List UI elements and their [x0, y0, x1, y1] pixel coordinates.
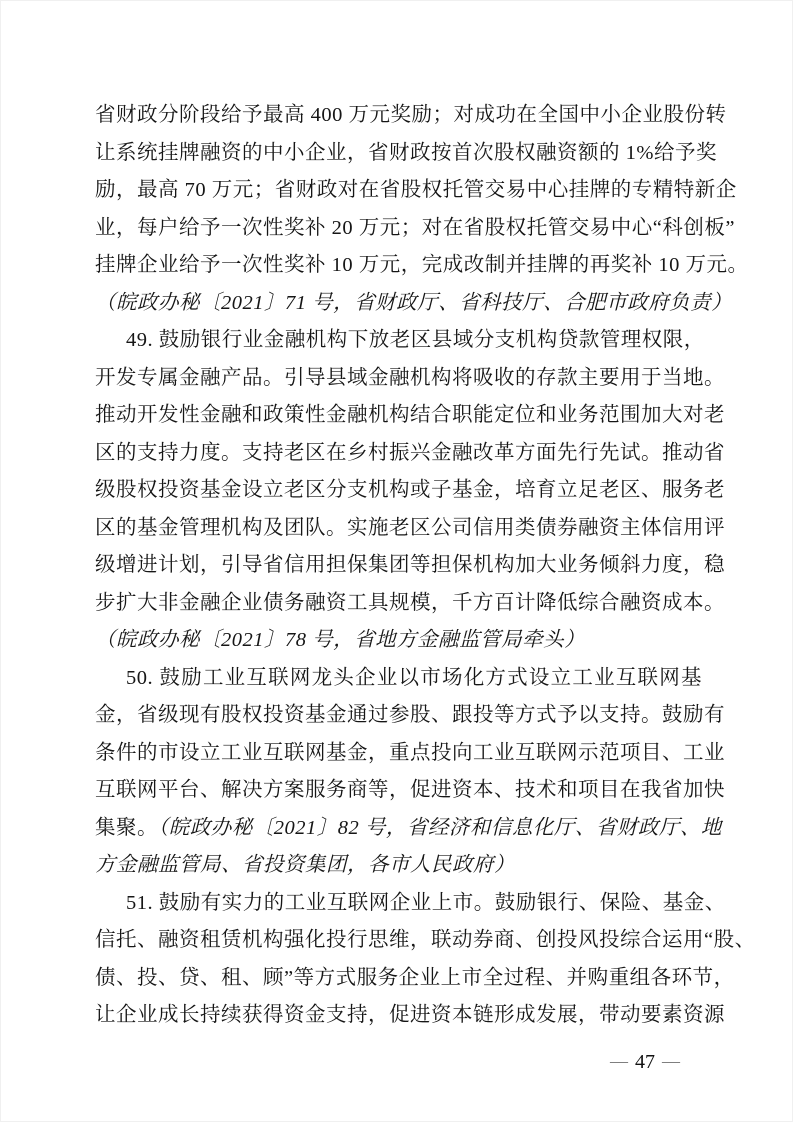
text-line: 金，省级现有股权投资基金通过参股、跟投等方式予以支持。鼓励有 — [95, 697, 702, 735]
body-text: 51. 鼓励有实力的工业互联网企业上市。鼓励银行、保险、基金、 — [126, 892, 726, 914]
body-text: 励，最高 70 万元；省财政对在省股权托管交易中心挂牌的专精特新企 — [95, 179, 737, 201]
body-text: 债、投、贷、租、顾”等方式服务企业上市全过程、并购重组各环节， — [95, 967, 735, 989]
text-line: 信托、融资租赁机构强化投行思维，联动券商、创投风投综合运用“股、 — [95, 922, 702, 960]
footer-dash-right: — — [662, 1051, 680, 1071]
text-line: 区的基金管理机构及团队。实施老区公司信用类债券融资主体信用评 — [95, 510, 702, 548]
body-text: 让企业成长持续获得资金支持，促进资本链形成发展，带动要素资源 — [95, 1004, 725, 1026]
text-line: 业，每户给予一次性奖补 20 万元；对在省股权托管交易中心“科创板” — [95, 210, 702, 248]
source-attribution-text: （皖政办秘〔2021〕71 号，省财政厅、省科技厅、合肥市政府负责） — [95, 292, 732, 314]
source-attribution-text: 方金融监管局、省投资集团，各市人民政府） — [95, 854, 515, 876]
text-line: 级增进计划，引导省信用担保集团等担保机构加大业务倾斜力度，稳 — [95, 547, 702, 585]
body-text: 49. 鼓励银行业金融机构下放老区县域分支机构贷款管理权限， — [126, 329, 705, 351]
body-text: 区的基金管理机构及团队。实施老区公司信用类债券融资主体信用评 — [95, 517, 725, 539]
body-text: 50. 鼓励工业互联网龙头企业以市场化方式设立工业互联网基 — [126, 667, 702, 689]
text-line: 区的支持力度。支持老区在乡村振兴金融改革方面先行先试。推动省 — [95, 435, 702, 473]
text-line: 集聚。（皖政办秘〔2021〕82 号，省经济和信息化厅、省财政厅、地 — [95, 810, 702, 848]
text-line: （皖政办秘〔2021〕71 号，省财政厅、省科技厅、合肥市政府负责） — [95, 285, 702, 323]
body-text: 省财政分阶段给予最高 400 万元奖励；对成功在全国中小企业股份转 — [95, 104, 727, 126]
footer-dash-left: — — [610, 1051, 628, 1071]
text-line: 让企业成长持续获得资金支持，促进资本链形成发展，带动要素资源 — [95, 997, 702, 1035]
text-line: 开发专属金融产品。引导县域金融机构将吸收的存款主要用于当地。 — [95, 360, 702, 398]
body-text: 级增进计划，引导省信用担保集团等担保机构加大业务倾斜力度，稳 — [95, 554, 725, 576]
body-text: 开发专属金融产品。引导县域金融机构将吸收的存款主要用于当地。 — [95, 367, 725, 389]
paragraph-item-50: 50. 鼓励工业互联网龙头企业以市场化方式设立工业互联网基金，省级现有股权投资基… — [95, 660, 702, 885]
page-footer: —47— — [610, 1048, 680, 1075]
text-line: 挂牌企业给予一次性奖补 10 万元，完成改制并挂牌的再奖补 10 万元。 — [95, 247, 702, 285]
body-text: 挂牌企业给予一次性奖补 10 万元，完成改制并挂牌的再奖补 10 万元。 — [95, 254, 749, 276]
paragraph-item-49: 49. 鼓励银行业金融机构下放老区县域分支机构贷款管理权限，开发专属金融产品。引… — [95, 322, 702, 660]
text-line: 省财政分阶段给予最高 400 万元奖励；对成功在全国中小企业股份转 — [95, 97, 702, 135]
text-line: 49. 鼓励银行业金融机构下放老区县域分支机构贷款管理权限， — [95, 322, 702, 360]
body-text: 集聚。 — [95, 817, 158, 839]
page-number: 47 — [635, 1049, 655, 1075]
text-line: 级股权投资基金设立老区分支机构或子基金，培育立足老区、服务老 — [95, 472, 702, 510]
document-body: 省财政分阶段给予最高 400 万元奖励；对成功在全国中小企业股份转让系统挂牌融资… — [95, 97, 702, 1035]
paragraph-item-51: 51. 鼓励有实力的工业互联网企业上市。鼓励银行、保险、基金、信托、融资租赁机构… — [95, 885, 702, 1035]
source-attribution-text: （皖政办秘〔2021〕82 号，省经济和信息化厅、省财政厅、地 — [158, 817, 722, 839]
text-line: 互联网平台、解决方案服务商等，促进资本、技术和项目在我省加快 — [95, 772, 702, 810]
body-text: 信托、融资租赁机构强化投行思维，联动券商、创投风投综合运用“股、 — [95, 929, 756, 951]
body-text: 级股权投资基金设立老区分支机构或子基金，培育立足老区、服务老 — [95, 479, 725, 501]
body-text: 金，省级现有股权投资基金通过参股、跟投等方式予以支持。鼓励有 — [95, 704, 725, 726]
body-text: 推动开发性金融和政策性金融机构结合职能定位和业务范围加大对老 — [95, 404, 725, 426]
body-text: 互联网平台、解决方案服务商等，促进资本、技术和项目在我省加快 — [95, 779, 725, 801]
body-text: 条件的市设立工业互联网基金，重点投向工业互联网示范项目、工业 — [95, 742, 725, 764]
text-line: 50. 鼓励工业互联网龙头企业以市场化方式设立工业互联网基 — [95, 660, 702, 698]
text-line: 51. 鼓励有实力的工业互联网企业上市。鼓励银行、保险、基金、 — [95, 885, 702, 923]
paragraph-item48-continuation: 省财政分阶段给予最高 400 万元奖励；对成功在全国中小企业股份转让系统挂牌融资… — [95, 97, 702, 322]
text-line: 推动开发性金融和政策性金融机构结合职能定位和业务范围加大对老 — [95, 397, 702, 435]
text-line: （皖政办秘〔2021〕78 号，省地方金融监管局牵头） — [95, 622, 702, 660]
text-line: 步扩大非金融企业债务融资工具规模，千方百计降低综合融资成本。 — [95, 585, 702, 623]
body-text: 区的支持力度。支持老区在乡村振兴金融改革方面先行先试。推动省 — [95, 442, 725, 464]
source-attribution-text: （皖政办秘〔2021〕78 号，省地方金融监管局牵头） — [95, 629, 585, 651]
text-line: 让系统挂牌融资的中小企业，省财政按首次股权融资额的 1%给予奖 — [95, 135, 702, 173]
text-line: 条件的市设立工业互联网基金，重点投向工业互联网示范项目、工业 — [95, 735, 702, 773]
document-page: 省财政分阶段给予最高 400 万元奖励；对成功在全国中小企业股份转让系统挂牌融资… — [0, 0, 793, 1122]
text-line: 方金融监管局、省投资集团，各市人民政府） — [95, 847, 702, 885]
body-text: 业，每户给予一次性奖补 20 万元；对在省股权托管交易中心“科创板” — [95, 217, 735, 239]
text-line: 励，最高 70 万元；省财政对在省股权托管交易中心挂牌的专精特新企 — [95, 172, 702, 210]
body-text: 步扩大非金融企业债务融资工具规模，千方百计降低综合融资成本。 — [95, 592, 725, 614]
text-line: 债、投、贷、租、顾”等方式服务企业上市全过程、并购重组各环节， — [95, 960, 702, 998]
body-text: 让系统挂牌融资的中小企业，省财政按首次股权融资额的 1%给予奖 — [95, 142, 717, 164]
